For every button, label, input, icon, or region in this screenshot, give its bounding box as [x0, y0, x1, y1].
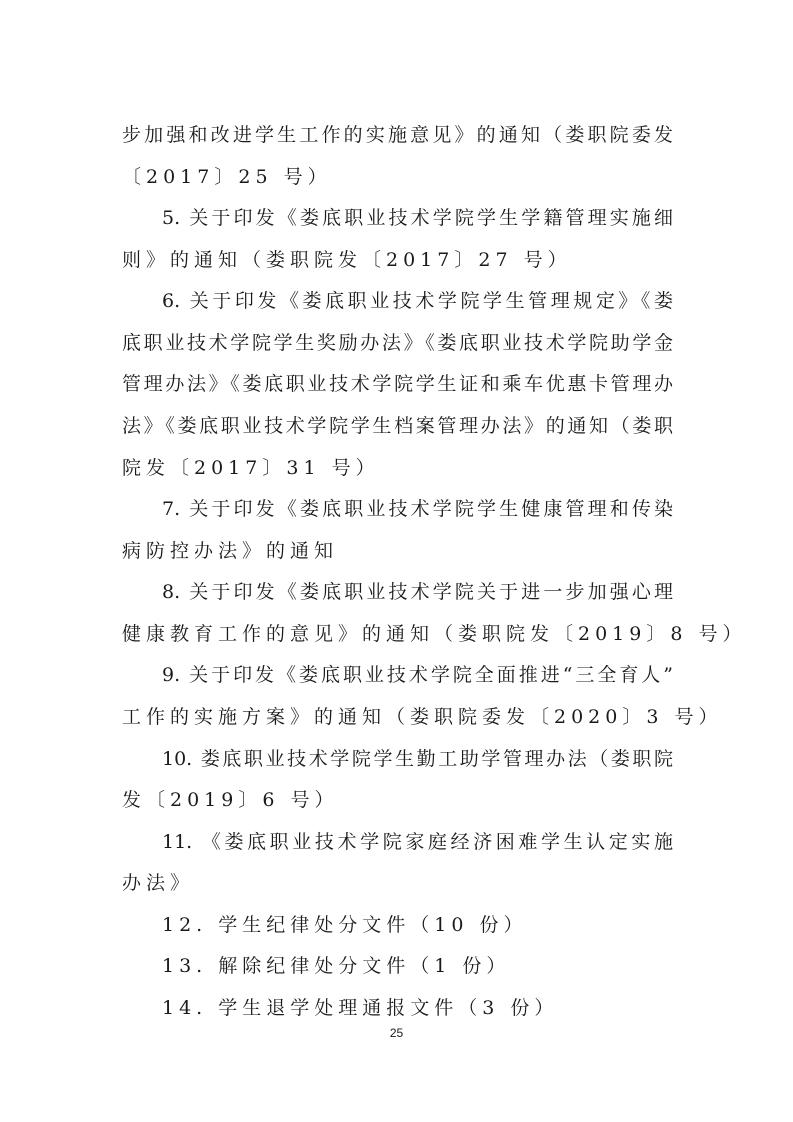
list-item-14: 14. 学生退学处理通报文件（3 份） [162, 993, 673, 1023]
list-item-6: 6. 关于印发《娄底职业技术学院学生管理规定》《娄 [162, 286, 673, 316]
list-item-5: 5. 关于印发《娄底职业技术学院学生学籍管理实施细 [162, 203, 673, 233]
text-line-9: 院发〔2017〕31 号） [122, 453, 673, 483]
list-item-9: 9. 关于印发《娄底职业技术学院全面推进“三全育人” [162, 660, 673, 690]
text-line-6: 底职业技术学院学生奖励办法》《娄底职业技术学院助学金 [122, 328, 673, 358]
text-line-15: 工作的实施方案》的通知（娄职院委发〔2020〕3 号） [122, 702, 673, 732]
text-line-11: 病防控办法》的通知 [122, 536, 673, 566]
text-line-8: 法》《娄底职业技术学院学生档案管理办法》的通知（娄职 [122, 411, 673, 441]
list-item-8: 8. 关于印发《娄底职业技术学院关于进一步加强心理 [162, 577, 673, 607]
text-line-4: 则》的通知（娄职院发〔2017〕27 号） [122, 245, 673, 275]
text-line-2: 〔2017〕25 号） [122, 162, 673, 192]
text-line-17: 发〔2019〕6 号） [122, 785, 673, 815]
list-item-11: 11. 《娄底职业技术学院家庭经济困难学生认定实施 [162, 827, 673, 857]
text-line-19: 办法》 [122, 868, 673, 898]
text-line-1: 步加强和改进学生工作的实施意见》的通知（娄职院委发 [122, 120, 673, 150]
list-item-12: 12. 学生纪律处分文件（10 份） [162, 910, 673, 940]
list-item-13: 13. 解除纪律处分文件（1 份） [162, 951, 673, 981]
text-line-13: 健康教育工作的意见》的通知（娄职院发〔2019〕8 号） [122, 619, 673, 649]
document-page: 步加强和改进学生工作的实施意见》的通知（娄职院委发 〔2017〕25 号） 5.… [0, 0, 793, 1122]
list-item-7: 7. 关于印发《娄底职业技术学院学生健康管理和传染 [162, 494, 673, 524]
text-line-7: 管理办法》《娄底职业技术学院学生证和乘车优惠卡管理办 [122, 369, 673, 399]
page-number: 25 [0, 1026, 793, 1040]
list-item-10: 10. 娄底职业技术学院学生勤工助学管理办法（娄职院 [162, 744, 673, 774]
